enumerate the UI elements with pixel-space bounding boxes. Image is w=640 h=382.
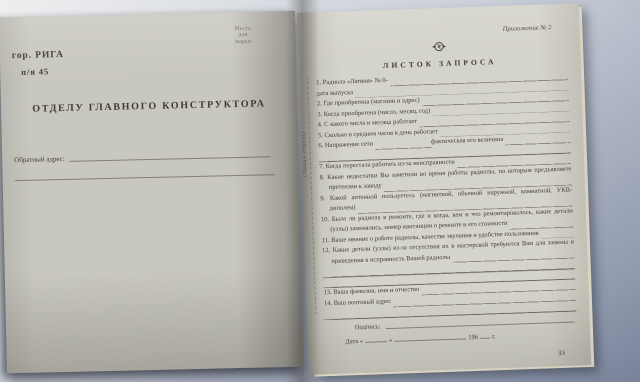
right-page: Приложение № 2 ЛИСТОК ЗАПРОСА (Линия отр…: [297, 3, 591, 375]
logo-row: [298, 35, 580, 58]
date-label: Дата «: [345, 337, 363, 345]
book-photo: Местодлямарки гор. РИГА п/я 45 ОТДЕЛУ ГЛ…: [0, 0, 640, 382]
signature-blank-line: [385, 321, 574, 329]
left-page: Местодлямарки гор. РИГА п/я 45 ОТДЕЛУ ГЛ…: [0, 11, 303, 374]
date-year-blank: [480, 331, 490, 338]
binding-crease: [307, 77, 316, 315]
date-quote-close: »: [389, 336, 392, 343]
form-items: 1. Радиола «Латвия» № 0-дата выпуска2. Г…: [316, 70, 577, 348]
page-number: 33: [558, 349, 565, 357]
date-year-prefix: 196: [468, 333, 478, 340]
city-line: гор. РИГА: [12, 50, 64, 61]
date-day-blank: [365, 335, 387, 343]
form-item-text: 6. Напряжение сети: [318, 140, 375, 153]
cut-line-label: (Линия отреза): [302, 131, 309, 177]
signature-label: Подпись:: [355, 323, 381, 332]
date-month-blank: [394, 332, 466, 342]
return-address-block: Обратный адрес:: [14, 143, 272, 181]
factory-emblem-icon: [431, 40, 447, 54]
addressee-title: ОТДЕЛУ ГЛАВНОГО КОНСТРУКТОРА: [1, 98, 297, 116]
fill-in-blank: [375, 143, 431, 145]
po-box-line: п/я 45: [21, 66, 49, 77]
date-year-suffix: г.: [492, 333, 496, 340]
return-address-label: Обратный адрес:: [14, 155, 65, 165]
stamp-place-note: Местодлямарки: [235, 26, 252, 46]
appendix-label: Приложение № 2: [503, 24, 552, 33]
stamp-note-line: марки: [235, 38, 252, 45]
